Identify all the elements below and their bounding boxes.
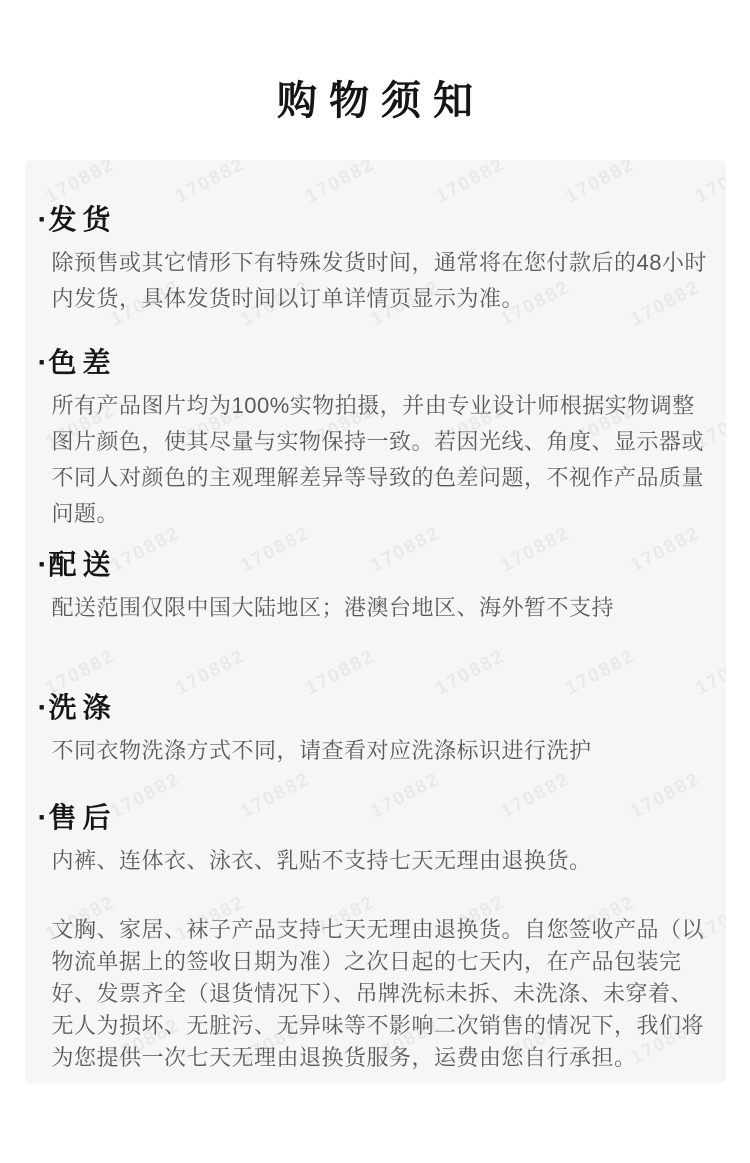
bullet-icon: · [38,549,48,581]
section-delivery: · 配送 配送范围仅限中国大陆地区；港澳台地区、海外暂不支持 [52,549,712,626]
section-paragraph: 所有产品图片均为100%实物拍摄，并由专业设计师根据实物调整 图片颜色，使其尽量… [52,388,714,532]
watermark-text: 170882 [302,160,379,208]
watermark-text: 170882 [692,160,726,208]
section-paragraph: 文胸、家居、袜子产品支持七天无理由退换货。自您签收产品（以 物流单据上的签收日期… [52,914,714,1074]
section-color-difference: · 色差 所有产品图片均为100%实物拍摄，并由专业设计师根据实物调整 图片颜色… [52,347,712,532]
section-heading-label: 色差 [49,347,117,379]
section-heading: · 色差 [38,347,712,379]
section-heading: · 配送 [38,549,712,581]
section-heading: · 售后 [38,802,712,834]
section-heading-label: 配送 [49,549,117,581]
section-after-sales: · 售后 内裤、连体衣、泳衣、乳贴不支持七天无理由退换货。 文胸、家居、袜子产品… [52,802,712,1074]
watermark-text: 170882 [42,160,119,208]
section-paragraph: 内裤、连体衣、泳衣、乳贴不支持七天无理由退换货。 [52,843,714,879]
bullet-icon: · [38,204,48,236]
section-heading: · 发货 [38,204,712,236]
bullet-icon: · [38,347,48,379]
section-heading: · 洗涤 [38,692,712,724]
watermark-text: 170882 [172,160,249,208]
page-title: 购物须知 [0,0,750,124]
bullet-icon: · [38,692,48,724]
watermark-text: 170882 [562,160,639,208]
section-heading-label: 售后 [49,802,117,834]
section-shipping: · 发货 除预售或其它情形下有特殊发货时间，通常将在您付款后的48小时 内发货，… [52,204,712,317]
section-washing: · 洗涤 不同衣物洗涤方式不同，请查看对应洗涤标识进行洗护 [52,692,712,769]
watermark-text: 170882 [432,160,509,208]
notice-panel: 1708821708821708821708821708821708821708… [25,160,726,1083]
section-heading-label: 发货 [49,204,117,236]
section-paragraph: 不同衣物洗涤方式不同，请查看对应洗涤标识进行洗护 [52,733,714,769]
section-paragraph: 配送范围仅限中国大陆地区；港澳台地区、海外暂不支持 [52,590,714,626]
bullet-icon: · [38,802,48,834]
section-heading-label: 洗涤 [49,692,117,724]
section-paragraph: 除预售或其它情形下有特殊发货时间，通常将在您付款后的48小时 内发货，具体发货时… [52,245,714,317]
